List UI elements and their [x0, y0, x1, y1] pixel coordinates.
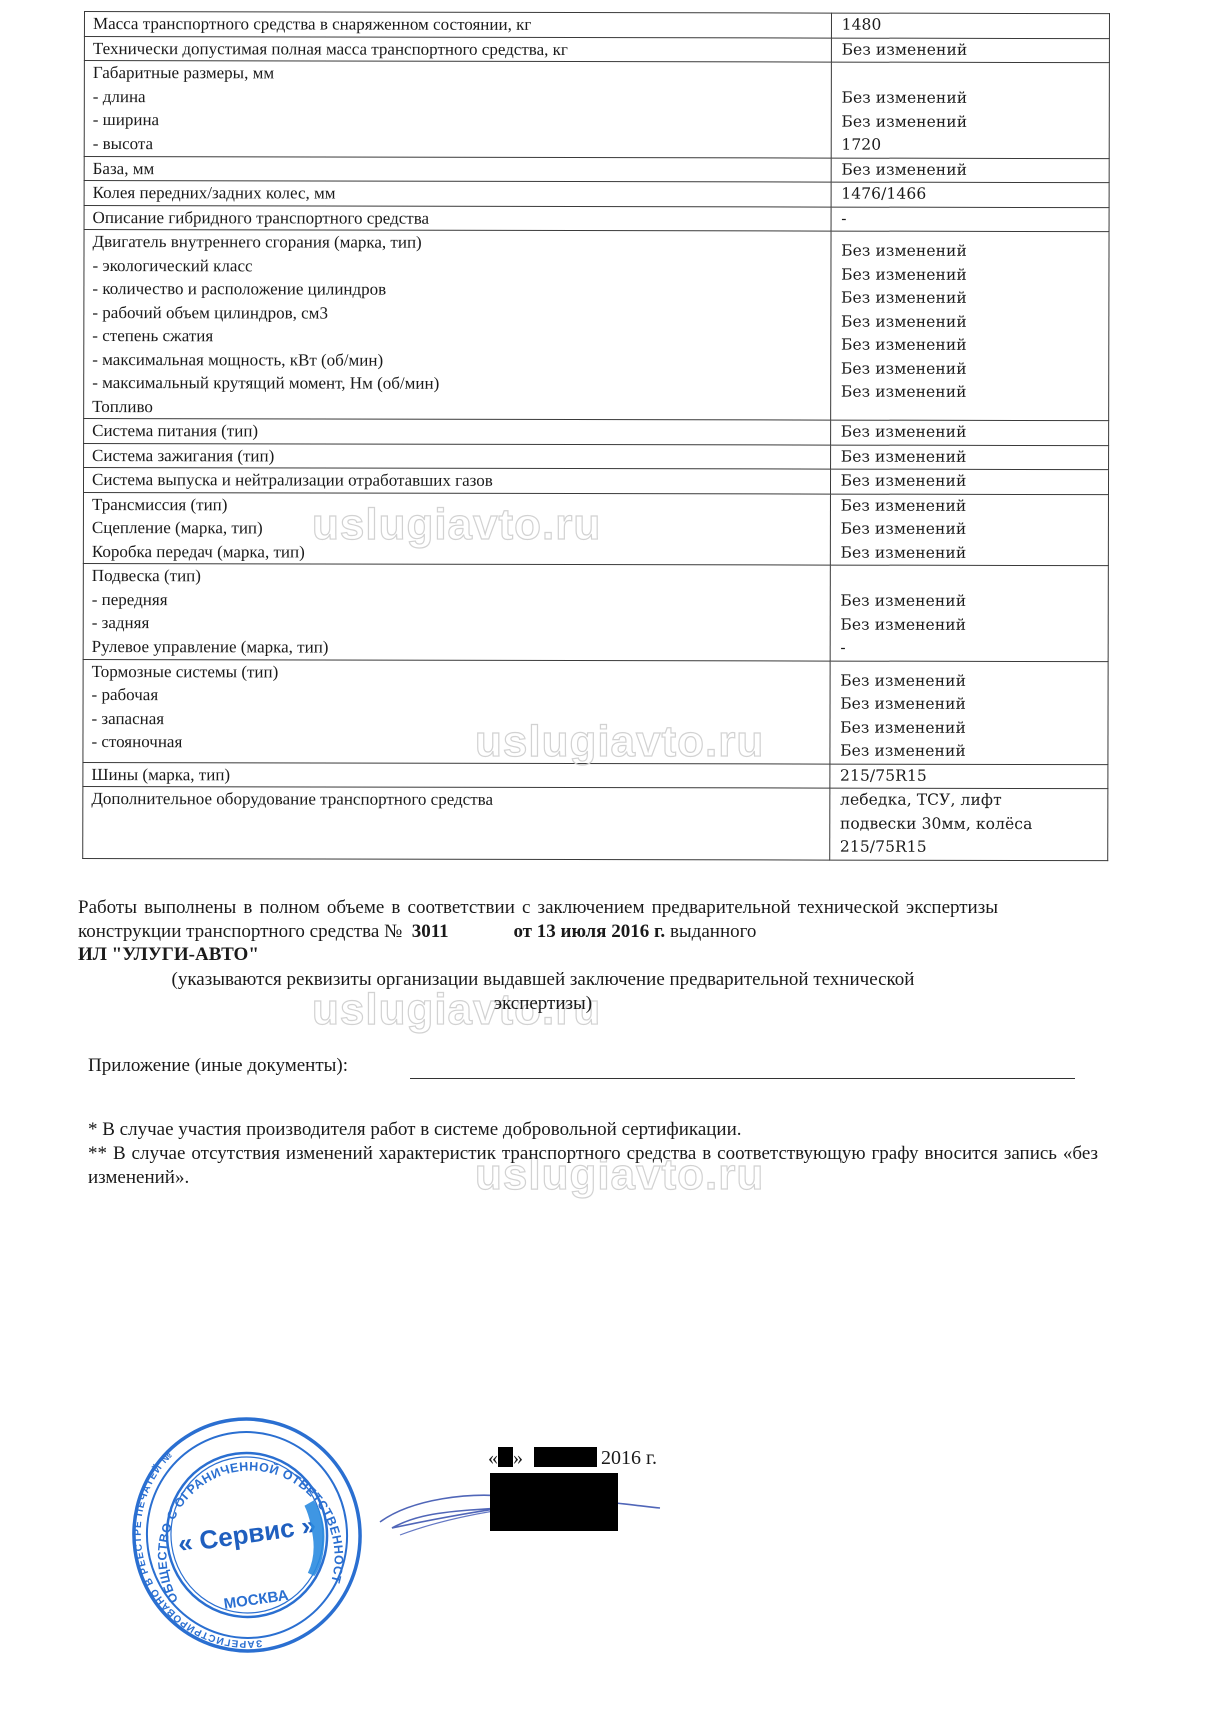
spec-label: Шины (марка, тип)	[91, 763, 829, 788]
spec-label: - передняя	[92, 588, 830, 613]
footnote-single: * В случае участия производителя работ в…	[88, 1119, 742, 1141]
spec-value-cell: -	[831, 207, 1109, 232]
spec-label: Колея передних/задних колес, мм	[93, 181, 831, 206]
spec-label: Рулевое управление (марка, тип)	[92, 635, 830, 660]
spec-value: Без изменений	[841, 240, 1108, 264]
table-row: Система зажигания (тип)Без изменений	[84, 443, 1109, 470]
spec-value: -	[840, 637, 1107, 661]
table-row: База, ммБез изменений	[84, 156, 1109, 183]
spec-value-cell: Без изменений	[830, 420, 1108, 445]
spec-value: Без изменений	[841, 445, 1108, 469]
spec-value: Без изменений	[840, 693, 1107, 717]
spec-value-cell: 1480	[831, 13, 1109, 38]
spec-value-cell: Без измененийБез изменений1720	[831, 62, 1110, 158]
table-row: Двигатель внутреннего сгорания (марка, т…	[84, 230, 1109, 421]
spec-label-cell: Технически допустимая полная масса транс…	[84, 36, 831, 62]
spec-label: - экологический класс	[92, 254, 830, 279]
stamp-center-text: « Сервис »	[176, 1509, 318, 1558]
spec-label-cell: Шины (марка, тип)	[83, 762, 830, 788]
spec-value-cell: Без изменений	[830, 469, 1108, 494]
spec-value-cell: Без изменений	[831, 38, 1109, 63]
spec-label: Двигатель внутреннего сгорания (марка, т…	[92, 230, 830, 255]
organization-note: (указываются реквизиты организации выдав…	[128, 968, 958, 1016]
issuing-organization: ИЛ "УЛУГИ-АВТО"	[78, 944, 259, 966]
spec-label: - рабочая	[92, 683, 830, 708]
spec-value: Без изменений	[841, 287, 1108, 311]
conclusion-date: от 13 июля 2016 г.	[513, 921, 665, 942]
table-row: Шины (марка, тип)215/75R15	[83, 762, 1108, 789]
spec-label: - запасная	[91, 707, 829, 732]
table-row: Подвеска (тип)- передняя- задняяРулевое …	[83, 563, 1108, 661]
spec-value: -	[841, 207, 1108, 231]
spec-value: Без изменений	[840, 740, 1107, 764]
company-seal-icon: ЗАРЕГИСТРИРОВАНО В РЕЕСТРЕ ПЕЧАТЕЙ № ОБЩ…	[130, 1415, 365, 1655]
spec-value: Без изменений	[841, 334, 1108, 358]
document-page: Масса транспортного средства в снаряженн…	[0, 0, 1205, 1719]
spec-value-cell: Без изменений	[831, 158, 1109, 183]
spec-value-cell: Без измененийБез измененийБез измененийБ…	[830, 661, 1109, 765]
spec-label-cell: Габаритные размеры, мм- длина- ширина- в…	[84, 61, 831, 158]
spec-value-cell: Без измененийБез измененийБез изменений	[830, 494, 1108, 566]
table-row: Система выпуска и нейтрализации отработа…	[83, 468, 1108, 495]
spec-label: Подвеска (тип)	[92, 564, 830, 589]
spec-label: Сцепление (марка, тип)	[92, 516, 830, 541]
spec-value: 215/75R15	[840, 836, 1107, 860]
spec-value-cell: лебедка, ТСУ, лифтподвески 30мм, колёса2…	[829, 788, 1107, 860]
spec-value: Без изменений	[841, 357, 1108, 381]
table-row: Тормозные системы (тип)- рабочая- запасн…	[83, 659, 1108, 764]
spec-value: Без изменений	[841, 110, 1108, 134]
spec-value: 1720	[841, 134, 1108, 158]
table-row: Колея передних/задних колес, мм1476/1466	[84, 181, 1109, 208]
table-row: Технически допустимая полная масса транс…	[84, 36, 1109, 63]
attachment-label: Приложение (иные документы):	[88, 1055, 348, 1077]
footnote-double: ** В случае отсутствия изменений характе…	[88, 1142, 1098, 1190]
spec-value: 1476/1466	[841, 183, 1108, 207]
spec-value: Без изменений	[841, 263, 1108, 287]
spec-label: - высота	[93, 132, 831, 157]
redacted-month	[534, 1447, 597, 1467]
spec-label: Коробка передач (марка, тип)	[92, 540, 830, 565]
spec-label: Тормозные системы (тип)	[92, 660, 830, 685]
spec-label: Технически допустимая полная масса транс…	[93, 37, 831, 62]
spec-value-cell: 1476/1466	[831, 182, 1109, 207]
conclusion-number: 3011	[412, 921, 449, 942]
spec-label-cell: Дополнительное оборудование транспортног…	[83, 786, 830, 859]
date-close-quote: »	[513, 1447, 523, 1469]
spec-label: - степень сжатия	[92, 324, 830, 349]
spec-label-cell: Подвеска (тип)- передняя- задняяРулевое …	[83, 563, 830, 660]
spec-label: - задняя	[92, 611, 830, 636]
spec-value: Без изменений	[840, 716, 1107, 740]
spec-value: Без изменений	[841, 421, 1108, 445]
number-label: №	[384, 921, 402, 942]
vehicle-spec-table: Масса транспортного средства в снаряженн…	[82, 11, 1110, 861]
attachment-field	[410, 1078, 1075, 1079]
spec-value: Без изменений	[841, 158, 1108, 182]
table-row: Трансмиссия (тип)Сцепление (марка, тип)К…	[83, 492, 1108, 566]
spec-label: Масса транспортного средства в снаряженн…	[93, 12, 831, 37]
spec-label: - количество и расположение цилиндров	[92, 277, 830, 302]
spec-value-cell: 215/75R15	[830, 764, 1108, 789]
spec-label-cell: Система зажигания (тип)	[84, 443, 831, 469]
date-year: 2016 г.	[601, 1447, 657, 1469]
redacted-signatory	[490, 1473, 618, 1531]
spec-label: База, мм	[93, 157, 831, 182]
spec-label-cell: База, мм	[84, 156, 831, 182]
spec-label: Дополнительное оборудование транспортног…	[91, 787, 829, 812]
spec-label: - длина	[93, 85, 831, 110]
spec-value-cell: Без изменений	[830, 445, 1108, 470]
spec-value: 215/75R15	[840, 764, 1107, 788]
conclusion-issued: выданного	[670, 921, 757, 942]
spec-label: Топливо	[92, 395, 830, 420]
spec-value: 1480	[842, 14, 1109, 38]
spec-value: Без изменений	[842, 38, 1109, 62]
spec-label: Система зажигания (тип)	[92, 444, 830, 469]
spec-label-cell: Масса транспортного средства в снаряженн…	[84, 12, 831, 38]
spec-label: - максимальная мощность, кВт (об/мин)	[92, 348, 830, 373]
conclusion-paragraph: Работы выполнены в полном объеме в соотв…	[78, 896, 998, 944]
spec-value: Без изменений	[841, 470, 1108, 494]
spec-label-cell: Система питания (тип)	[84, 419, 831, 445]
redacted-day	[498, 1447, 513, 1467]
spec-value: Без изменений	[840, 590, 1107, 614]
spec-label: - максимальный крутящий момент, Нм (об/м…	[92, 371, 830, 396]
spec-label-cell: Колея передних/задних колес, мм	[84, 181, 831, 207]
spec-value-cell: Без измененийБез изменений-	[830, 565, 1109, 661]
spec-label: - рабочий объем цилиндров, см3	[92, 301, 830, 326]
table-row: Масса транспортного средства в снаряженн…	[84, 12, 1109, 39]
spec-label: Система выпуска и нейтрализации отработа…	[92, 468, 830, 493]
date-open-quote: «	[488, 1447, 498, 1469]
spec-label-cell: Описание гибридного транспортного средст…	[84, 205, 831, 231]
spec-value: подвески 30мм, колёса	[840, 812, 1107, 836]
table-row: Описание гибридного транспортного средст…	[84, 205, 1109, 232]
spec-label-cell: Трансмиссия (тип)Сцепление (марка, тип)К…	[83, 492, 830, 565]
spec-value: Без изменений	[840, 541, 1107, 565]
spec-value-cell: Без измененийБез измененийБез измененийБ…	[830, 231, 1109, 421]
spec-label-cell: Система выпуска и нейтрализации отработа…	[83, 468, 830, 494]
table-row: Система питания (тип)Без изменений	[84, 419, 1109, 446]
spec-value: Без изменений	[840, 613, 1107, 637]
spec-label: Описание гибридного транспортного средст…	[93, 206, 831, 231]
spec-label: - стояночная	[91, 730, 829, 755]
spec-value: Без изменений	[841, 518, 1108, 542]
table-row: Дополнительное оборудование транспортног…	[83, 786, 1108, 860]
spec-label: Габаритные размеры, мм	[93, 61, 831, 86]
spec-label: Трансмиссия (тип)	[92, 493, 830, 518]
spec-value: Без изменений	[840, 669, 1107, 693]
spec-label: Система питания (тип)	[92, 419, 830, 444]
table-row: Габаритные размеры, мм- длина- ширина- в…	[84, 61, 1109, 159]
spec-label-cell: Двигатель внутреннего сгорания (марка, т…	[84, 230, 831, 421]
spec-value: Без изменений	[841, 381, 1108, 405]
spec-value: Без изменений	[841, 494, 1108, 518]
spec-value: Без изменений	[841, 87, 1108, 111]
spec-label-cell: Тормозные системы (тип)- рабочая- запасн…	[83, 659, 830, 764]
spec-value: лебедка, ТСУ, лифт	[840, 789, 1107, 813]
spec-label: - ширина	[93, 108, 831, 133]
signature-date: «» 2016 г.	[488, 1447, 657, 1470]
spec-value: Без изменений	[841, 310, 1108, 334]
